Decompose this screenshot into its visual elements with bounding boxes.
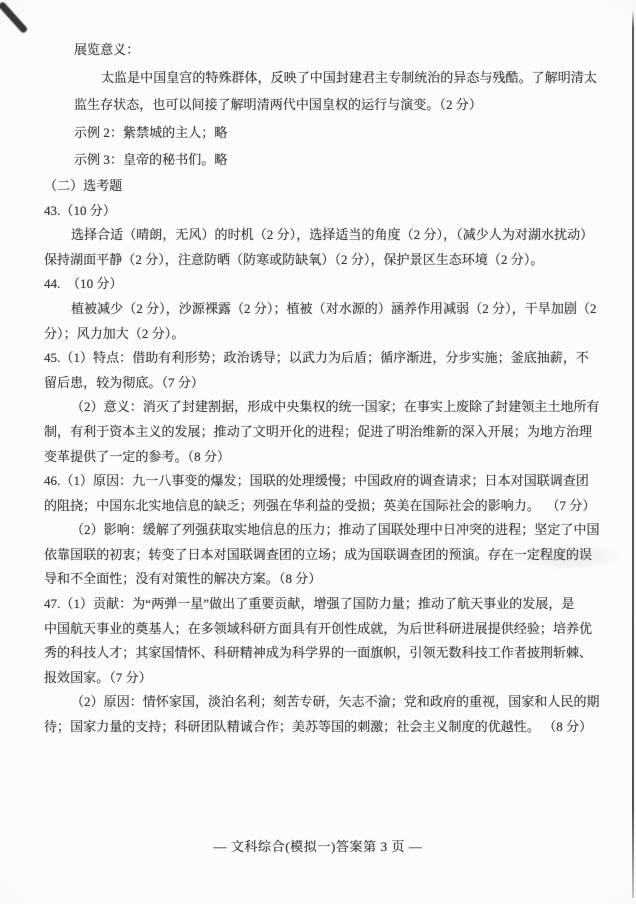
answer-line: 监生存状态，也可以间接了解明清两代中国皇权的运行与演变。（2 分）	[74, 91, 600, 119]
answer-line: 留后患，较为彻底。（7 分）	[44, 371, 600, 396]
answer-line: 报效国家。（7 分）	[44, 666, 600, 691]
answer-line: 示例 2：紫禁城的主人；略	[74, 119, 600, 147]
answer-line: 46.（1）原因：九一八事变的爆发；国联的处理缓慢；中国政府的调查请求；日本对国…	[44, 469, 600, 494]
answer-line: （二）选考题	[44, 174, 600, 199]
answer-line: 分）；风力加大（2 分）。	[44, 322, 600, 347]
answer-line: 待；国家力量的支持；科研团队精诚合作；美苏等国的刺激；社会主义制度的优越性。 （…	[44, 715, 600, 740]
answer-line: 44. （10 分）	[44, 272, 600, 297]
answer-line: 保持湖面平静（2 分），注意防晒（防寒或防缺氧）（2 分），保护景区生态环境（2…	[44, 248, 600, 273]
scan-corner-mark	[0, 1, 28, 34]
scan-edge-line	[632, 10, 634, 898]
page-footer: — 文科综合(模拟一)答案第 3 页 —	[0, 836, 636, 855]
answer-line: 导和不全面性；没有对策性的解决方案。（8 分）	[44, 567, 600, 592]
answer-line: 的阻挠；中国东北实地信息的缺乏；列强在华利益的受损；英美在国际社会的影响力。 （…	[44, 494, 600, 519]
answer-line: 植被减少（2 分），沙源裸露（2 分）；植被（对水源的）涵养作用减弱（2 分），…	[71, 297, 600, 322]
answer-line: 45.（1）特点：借助有利形势；政治诱导；以武力为后盾；循序渐进，分步实施；釜底…	[44, 346, 600, 371]
answer-sheet-content: 展览意义：太监是中国皇宫的特殊群体，反映了中国封建君主专制统治的异态与残酷。了解…	[44, 36, 600, 740]
answer-line: 展览意义：	[74, 36, 600, 64]
answer-line: 秀的科技人才；其家国情怀、科研精神成为科学界的一面旗帜，引领无数科技工作者披荆斩…	[44, 641, 600, 666]
answer-line: 依靠国联的初衷；转变了日本对国联调查团的立场；成为国联调查团的预演。存在一定程度…	[44, 543, 600, 568]
answer-line: 43.（10 分）	[44, 199, 600, 224]
answer-line: 选择合适（晴朗，无风）的时机（2 分），选择适当的角度（2 分），（减少人为对湖…	[71, 223, 600, 248]
answer-line: 变革提供了一定的参考。（8 分）	[44, 445, 600, 470]
answer-line: 制，有利于资本主义的发展；推动了文明开化的进程；促进了明治维新的深入开展；为地方…	[44, 420, 600, 445]
answer-line: 示例 3：皇帝的秘书们。略	[74, 146, 600, 174]
answer-line: 中国航天事业的奠基人；在多领域科研方面具有开创性成就，为后世科研进展提供经验；培…	[44, 617, 600, 642]
answer-line: 太监是中国皇宫的特殊群体，反映了中国封建君主专制统治的异态与残酷。了解明清太	[101, 64, 600, 92]
answer-line: 47.（1）贡献：为“两弹一星”做出了重要贡献，增强了国防力量；推动了航天事业的…	[44, 592, 600, 617]
page: 展览意义：太监是中国皇宫的特殊群体，反映了中国封建君主专制统治的异态与残酷。了解…	[0, 0, 636, 904]
answer-line: （2）原因：情怀家国，淡泊名利；刻苦专研，矢志不渝；党和政府的重视，国家和人民的…	[71, 690, 600, 715]
answer-line: （2）意义：消灭了封建割据，形成中央集权的统一国家；在事实上废除了封建领主土地所…	[71, 395, 600, 420]
answer-line: （2）影响：缓解了列强获取实地信息的压力；推动了国联处理中日冲突的进程；坚定了中…	[71, 518, 600, 543]
